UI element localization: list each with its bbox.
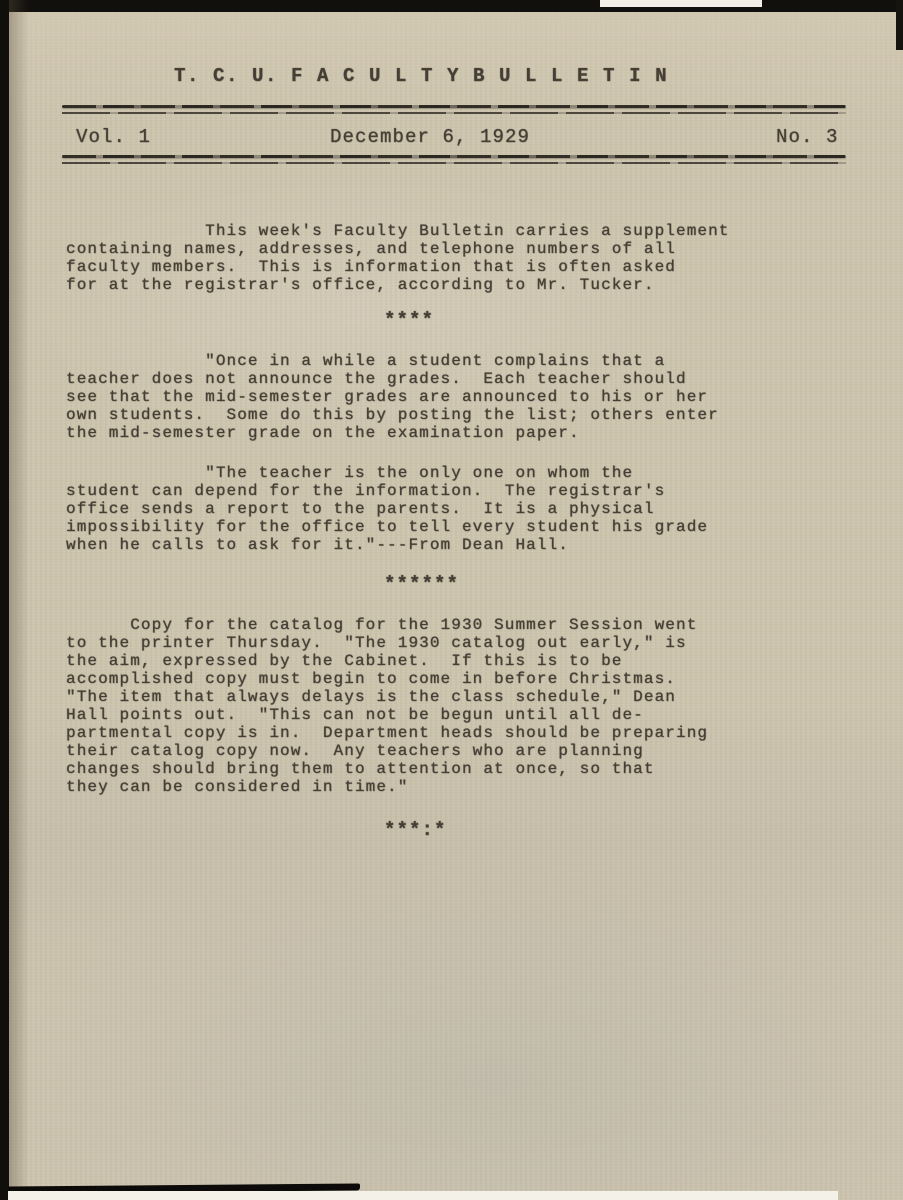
separator-3: ***:* [384, 820, 447, 840]
paragraph-grades-announce: "Once in a while a student complains tha… [66, 352, 719, 442]
rule-line-thin [62, 112, 846, 114]
rule-line-thick [62, 105, 846, 108]
issue-label: No. 3 [776, 127, 839, 147]
paragraph-teacher-depend: "The teacher is the only one on whom the… [66, 464, 708, 554]
scan-edge-top [0, 0, 903, 12]
separator-1: **** [384, 310, 434, 330]
separator-2: ****** [384, 574, 459, 594]
header-rule-top [62, 105, 846, 114]
scan-edge-top-notch [600, 0, 762, 7]
volume-label: Vol. 1 [76, 127, 151, 147]
rule-line-thick [62, 155, 846, 158]
scan-edge-left [0, 0, 9, 1200]
scan-edge-bottom-strip [8, 1191, 838, 1200]
scanned-bulletin-page: T. C. U. F A C U L T Y B U L L E T I N V… [0, 0, 903, 1200]
paper-left-crease [9, 0, 29, 1200]
scan-edge-right [896, 0, 903, 50]
rule-line-thin [62, 162, 846, 164]
paragraph-supplement: This week's Faculty Bulletin carries a s… [66, 222, 730, 294]
paragraph-catalog-copy: Copy for the catalog for the 1930 Summer… [66, 616, 708, 796]
masthead-title: T. C. U. F A C U L T Y B U L L E T I N [174, 66, 668, 86]
date-label: December 6, 1929 [330, 127, 530, 147]
header-rule-bottom [62, 155, 846, 164]
